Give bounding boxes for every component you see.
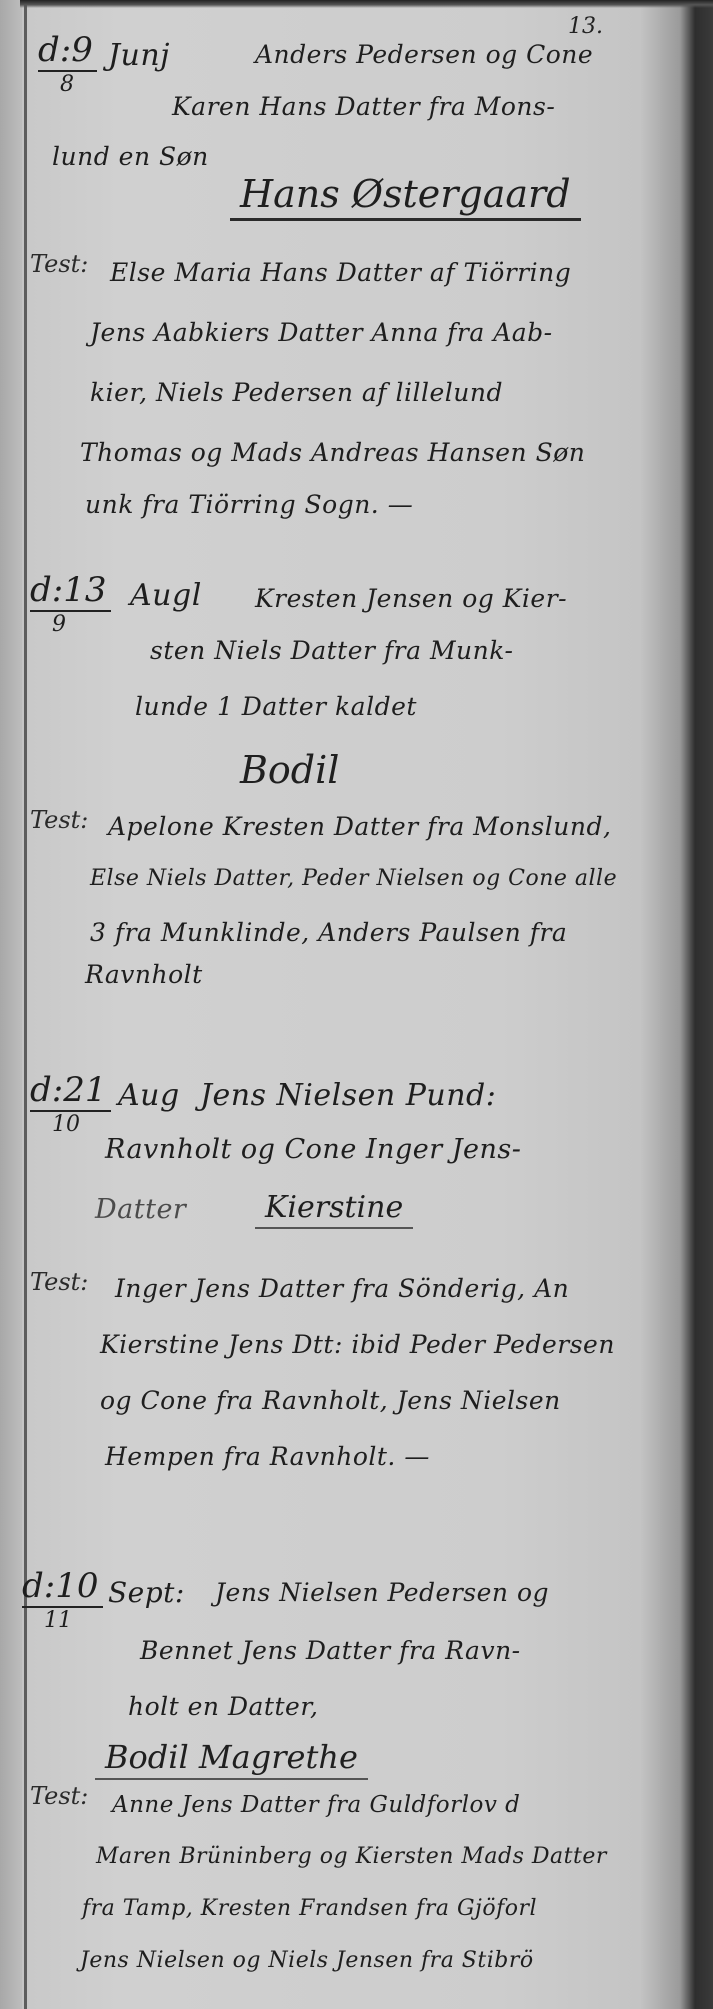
register-page: d:9 8 Junj 13. Anders Pedersen og Cone K… [0, 0, 713, 2009]
entry-3-line-3: Datter [95, 1194, 186, 1225]
entry-1-child-name: Hans Østergaard [230, 172, 581, 221]
entry-4-month: Sept: [108, 1576, 185, 1609]
entry-1-test-label: Test: [30, 250, 88, 278]
entry-4-line-2: Bennet Jens Datter fra Ravn- [140, 1636, 521, 1665]
entry-3-month: Aug [118, 1078, 180, 1113]
entry-4-witness-3: fra Tamp, Kresten Frandsen fra Gjöforl [82, 1896, 537, 1921]
entry-1-witness-2: Jens Aabkiers Datter Anna fra Aab- [90, 318, 553, 347]
entry-2-number: 9 [52, 612, 111, 637]
top-edge-shadow [20, 0, 713, 8]
page-gutter [0, 0, 22, 2009]
entry-1-witness-4: Thomas og Mads Andreas Hansen Søn [80, 438, 585, 467]
entry-2-witness-3: 3 fra Munklinde, Anders Paulsen fra [90, 918, 567, 947]
entry-2-witness-1: Apelone Kresten Datter fra Monslund, [108, 812, 611, 841]
entry-4-line-1: Jens Nielsen Pedersen og [215, 1578, 549, 1607]
entry-3-line-2: Ravnholt og Cone Inger Jens- [105, 1134, 521, 1165]
entry-1-witness-1: Else Maria Hans Datter af Tiörring [110, 258, 571, 287]
entry-4-test-label: Test: [30, 1782, 88, 1810]
entry-1-month: Junj [108, 38, 170, 73]
entry-4-child-name: Bodil Magrethe [95, 1738, 368, 1780]
entry-2-date: d:13 9 [30, 570, 111, 637]
entry-1-witness-5: unk fra Tiörring Sogn. — [85, 490, 413, 519]
entry-2-test-label: Test: [30, 806, 88, 834]
entry-1-witness-3: kier, Niels Pedersen af lillelund [90, 378, 503, 407]
entry-1-line-1: Anders Pedersen og Cone [255, 40, 593, 69]
entry-3-test-label: Test: [30, 1268, 88, 1296]
entry-4-number: 11 [44, 1608, 103, 1633]
entry-4-line-3: holt en Datter, [128, 1692, 318, 1721]
entry-3-witness-3: og Cone fra Ravnholt, Jens Nielsen [100, 1386, 561, 1415]
entry-3-witness-4: Hempen fra Ravnholt. — [105, 1442, 430, 1471]
entry-2-month: Augl [130, 578, 202, 613]
entry-2-witness-2: Else Niels Datter, Peder Nielsen og Cone… [90, 866, 617, 891]
entry-1-line-2: Karen Hans Datter fra Mons- [172, 92, 555, 121]
entry-4-date: d:10 11 [22, 1566, 103, 1633]
entry-3-witness-2: Kierstine Jens Dtt: ibid Peder Pedersen [100, 1330, 615, 1359]
entry-1-margin-number: 13. [568, 14, 603, 39]
entry-3-date: d:21 10 [30, 1070, 111, 1137]
entry-4-witness-4: Jens Nielsen og Niels Jensen fra Stibrö [80, 1948, 534, 1973]
entry-3-child-name: Kierstine [255, 1190, 413, 1229]
entry-3-witness-1: Inger Jens Datter fra Sönderig, An [115, 1274, 569, 1303]
entry-2-line-3: lunde 1 Datter kaldet [135, 692, 417, 721]
entry-1-line-3: lund en Søn [52, 142, 209, 171]
margin-rule [24, 0, 27, 2009]
entry-2-line-1: Kresten Jensen og Kier- [255, 584, 567, 613]
entry-4-witness-1: Anne Jens Datter fra Guldforlov d [112, 1792, 520, 1818]
entry-1-number: 8 [60, 72, 97, 97]
entry-3-number: 10 [52, 1112, 111, 1137]
entry-2-child-name: Bodil [230, 748, 349, 794]
entry-2-line-2: sten Niels Datter fra Munk- [150, 636, 513, 665]
entry-1-date: d:9 8 [38, 30, 97, 97]
entry-4-witness-2: Maren Brüninberg og Kiersten Mads Datter [96, 1844, 607, 1869]
entry-2-witness-4: Ravnholt [85, 960, 203, 989]
entry-3-line-1: Jens Nielsen Pund: [200, 1078, 496, 1113]
